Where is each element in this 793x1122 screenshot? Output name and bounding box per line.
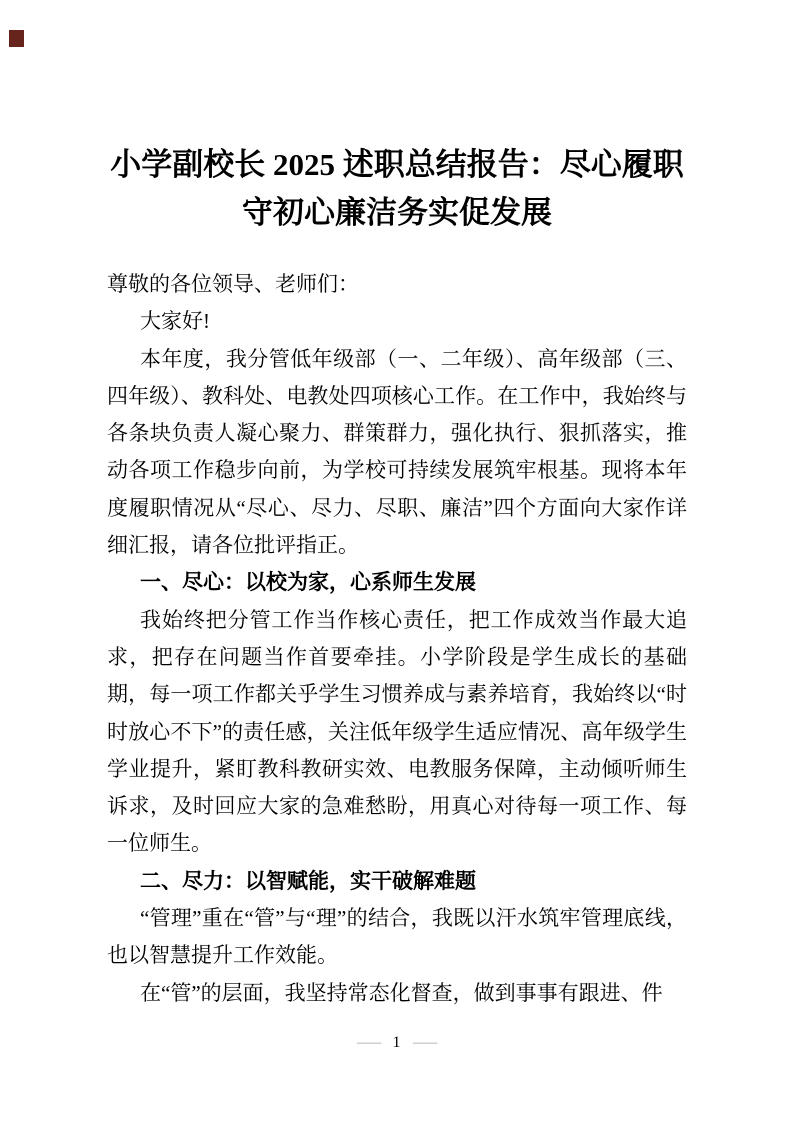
document-content: 小学副校长 2025 述职总结报告：尽心履职守初心廉洁务实促发展 尊敬的各位领导… [107,141,687,1012]
document-body: 尊敬的各位领导、老师们：大家好!本年度，我分管低年级部（一、二年级）、高年级部（… [107,266,687,1012]
salutation-line: 尊敬的各位领导、老师们： [107,266,687,303]
corner-mark [9,30,24,47]
footer-dash-left: — [357,1033,381,1053]
page-footer: — 1 — [0,1033,793,1053]
paragraph: 本年度，我分管低年级部（一、二年级）、高年级部（三、四年级）、教科处、电教处四项… [107,341,687,565]
document-page: 小学副校长 2025 述职总结报告：尽心履职守初心廉洁务实促发展 尊敬的各位领导… [0,0,793,1122]
document-title-line1: 小学副校长 2025 述职总结报告：尽心履职 [110,147,684,182]
paragraph: 我始终把分管工作当作核心责任，把工作成效当作最大追求，把存在问题当作首要牵挂。小… [107,602,687,863]
section-heading: 二、尽力：以智赋能，实干破解难题 [107,863,687,900]
document-title-line2: 守初心廉洁务实促发展 [242,195,552,230]
page-number: 1 [393,1033,401,1053]
paragraph: 大家好! [107,303,687,340]
paragraph: 在“管”的层面，我坚持常态化督查，做到事事有跟进、件 [107,975,687,1012]
footer-dash-right: — [413,1033,437,1053]
paragraph: “管理”重在“管”与“理”的结合，我既以汗水筑牢管理底线，也以智慧提升工作效能。 [107,900,687,975]
section-heading: 一、尽心：以校为家，心系师生发展 [107,564,687,601]
document-title: 小学副校长 2025 述职总结报告：尽心履职守初心廉洁务实促发展 [107,141,687,237]
